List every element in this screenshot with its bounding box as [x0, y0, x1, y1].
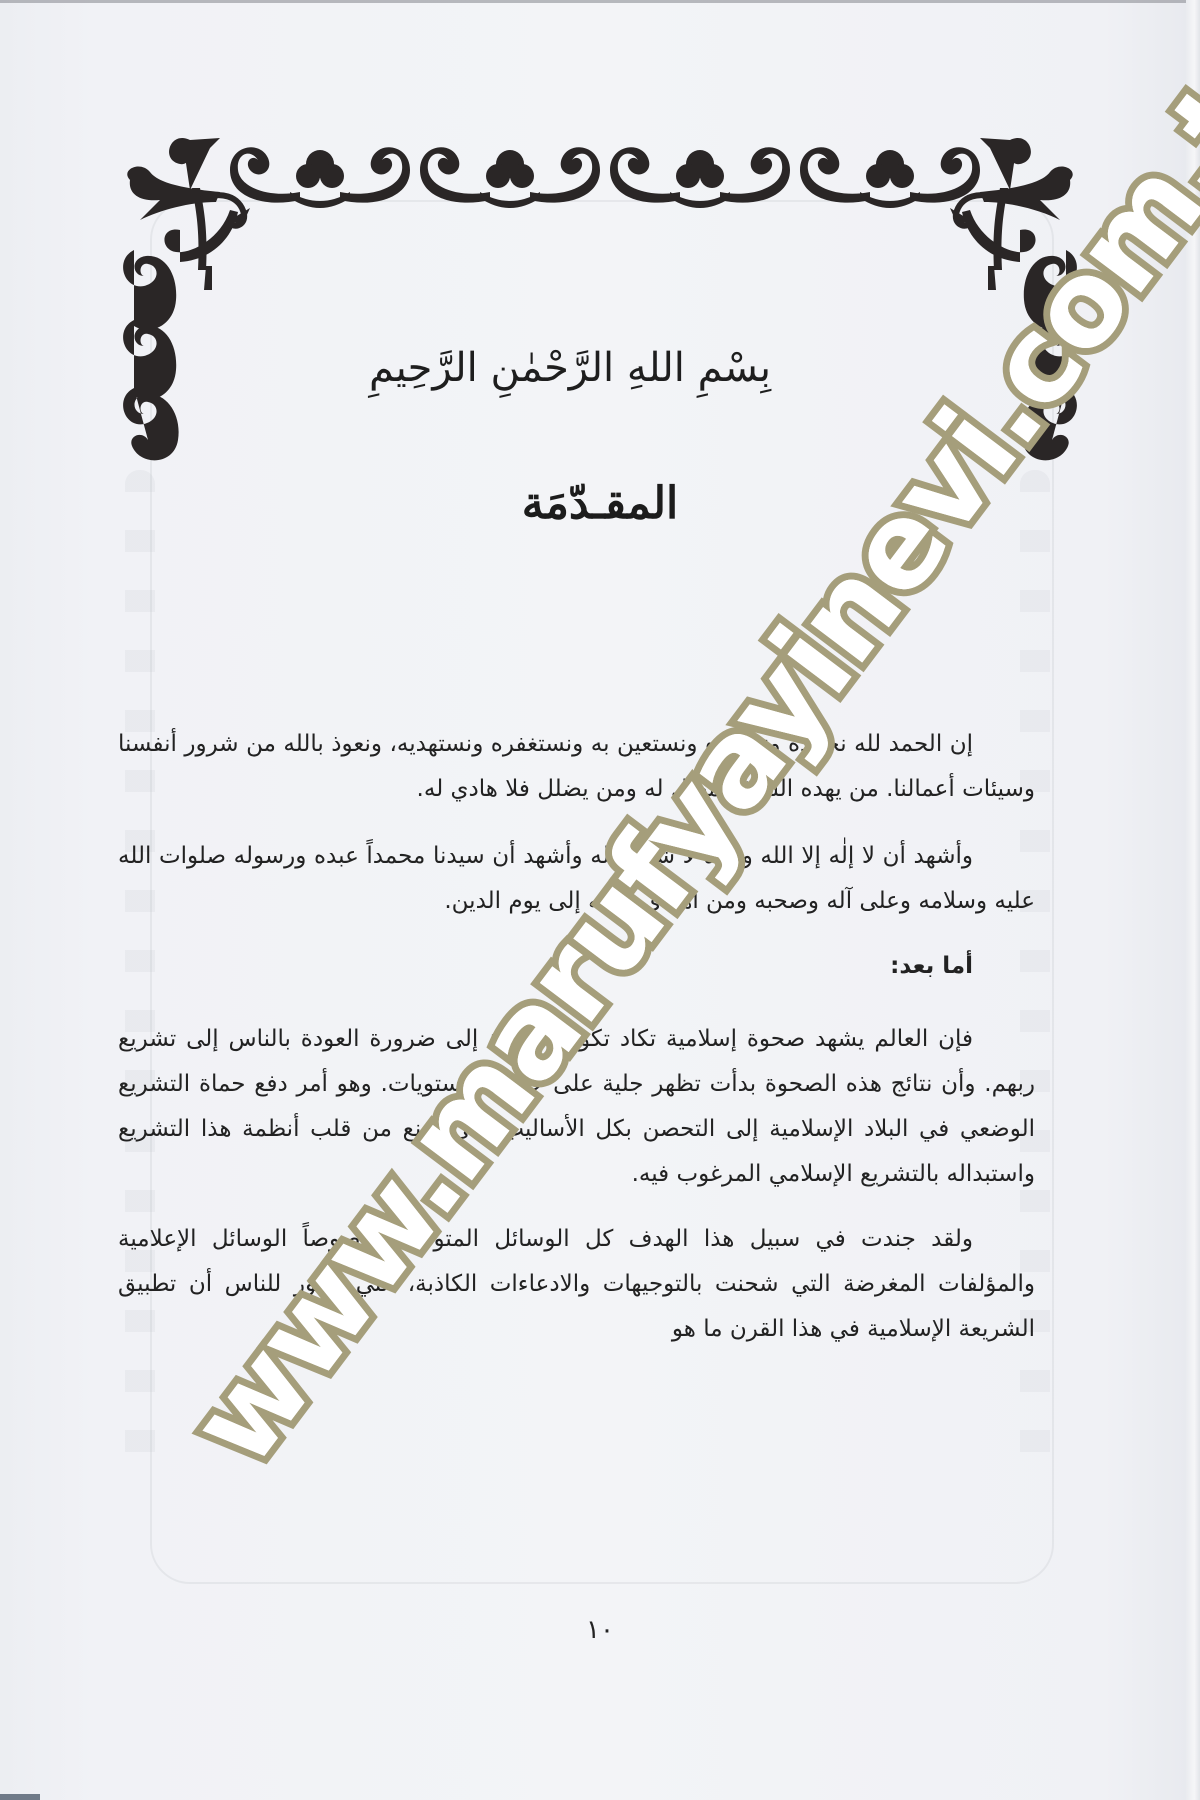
paragraph-praise: إن الحمد لله نحمده ونشكره ونستعين به ونس…: [118, 722, 1035, 812]
body-text: إن الحمد لله نحمده ونشكره ونستعين به ونس…: [118, 722, 1035, 1372]
page-number: ١٠: [540, 1615, 660, 1645]
paragraph-shahada: وأشهد أن لا إلٰه إلا الله وحده لا شريك ل…: [118, 834, 1035, 924]
chapter-title: المقـدّمَة: [470, 478, 730, 529]
page-edge-top: [0, 0, 1200, 3]
ornamental-border-icon: [120, 130, 1080, 490]
page-edge-bottom: [0, 1794, 40, 1800]
paragraph-islamic-awakening: فإن العالم يشهد صحوة إسلامية تكاد تكون ص…: [118, 1017, 1035, 1197]
section-heading-amma-bad: أما بعد:: [118, 944, 1035, 989]
book-page: بِسْمِ اللهِ الرَّحْمٰنِ الرَّحِيمِ المق…: [0, 0, 1200, 1800]
bismillah-calligraphy: بِسْمِ اللهِ الرَّحْمٰنِ الرَّحِيمِ: [360, 345, 780, 391]
page-edge-right: [1186, 0, 1200, 1800]
paragraph-media-campaign: ولقد جندت في سبيل هذا الهدف كل الوسائل ا…: [118, 1217, 1035, 1352]
